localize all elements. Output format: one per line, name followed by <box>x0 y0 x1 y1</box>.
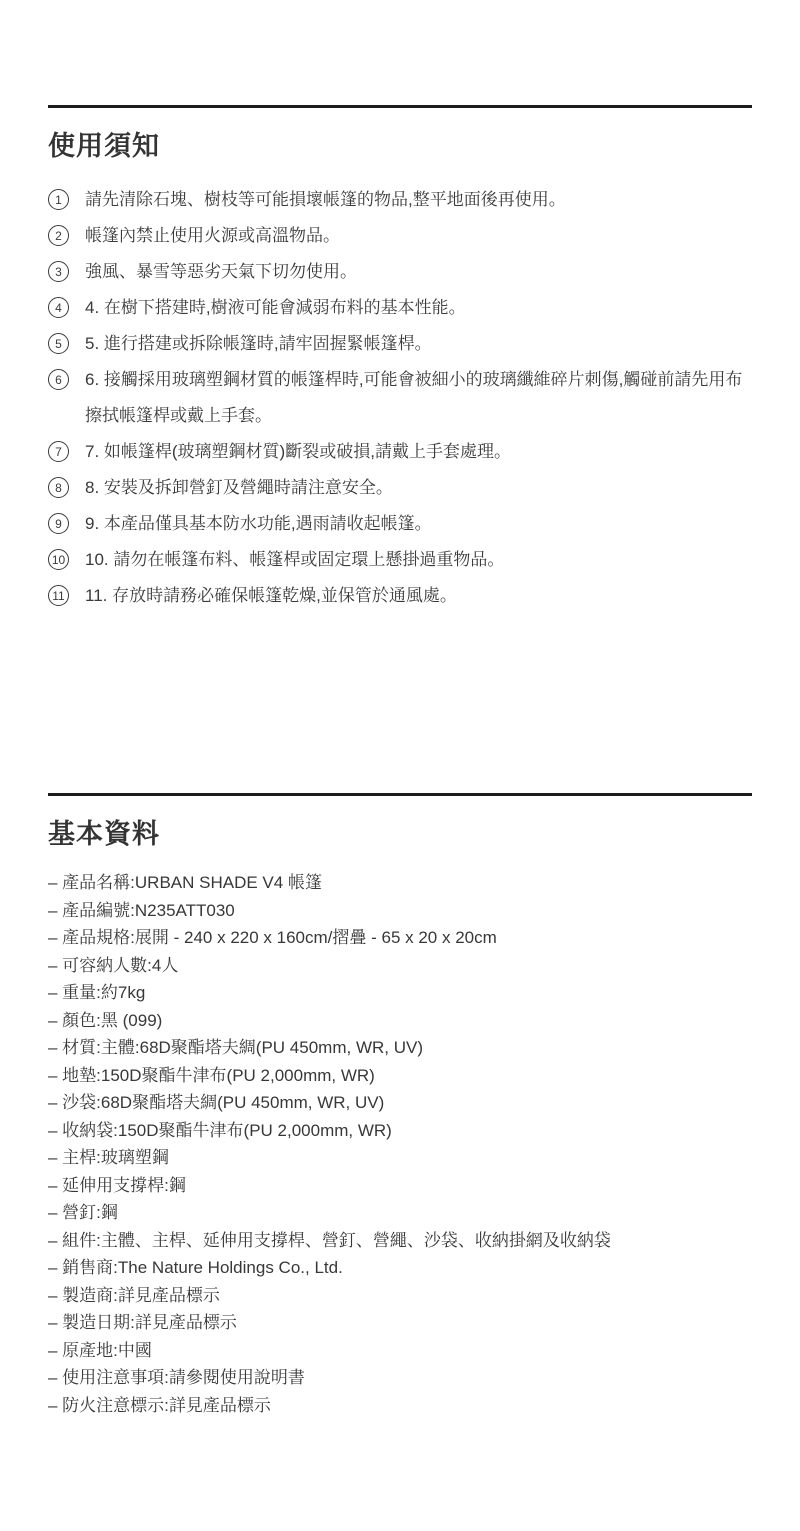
info-item-peg: – 營釘:鋼 <box>48 1199 752 1227</box>
notice-item: 5 5. 進行搭建或拆除帳篷時,請牢固握緊帳篷桿。 <box>48 326 752 362</box>
info-item-product-spec: – 產品規格:展開 - 240 x 220 x 160cm/摺疊 - 65 x … <box>48 924 752 952</box>
circled-number-icon: 1 <box>48 189 69 210</box>
notice-item: 10 10. 請勿在帳篷布料、帳篷桿或固定環上懸掛過重物品。 <box>48 542 752 578</box>
circled-number-icon: 6 <box>48 369 69 390</box>
info-item-usage-caution: – 使用注意事項:請參閱使用說明書 <box>48 1364 752 1392</box>
info-item-sandbag: – 沙袋:68D聚酯塔夫綢(PU 450mm, WR, UV) <box>48 1089 752 1117</box>
info-item-origin: – 原產地:中國 <box>48 1337 752 1365</box>
section-divider <box>48 793 752 796</box>
info-item-support-pole: – 延伸用支撐桿:鋼 <box>48 1172 752 1200</box>
info-item-product-name: – 產品名稱:URBAN SHADE V4 帳篷 <box>48 869 752 897</box>
info-item-ground-mat: – 地墊:150D聚酯牛津布(PU 2,000mm, WR) <box>48 1062 752 1090</box>
info-item-fire-caution: – 防火注意標示:詳見產品標示 <box>48 1392 752 1420</box>
info-item-weight: – 重量:約7kg <box>48 979 752 1007</box>
notice-list: 1 請先清除石塊、樹枝等可能損壞帳篷的物品,整平地面後再使用。 2 帳篷內禁止使… <box>48 182 752 614</box>
notice-item-text: 6. 接觸採用玻璃塑鋼材質的帳篷桿時,可能會被細小的玻璃纖維碎片刺傷,觸碰前請先… <box>85 362 752 434</box>
notice-item-text: 請先清除石塊、樹枝等可能損壞帳篷的物品,整平地面後再使用。 <box>85 182 566 218</box>
circled-number-icon: 2 <box>48 225 69 246</box>
notice-item-text: 8. 安裝及拆卸營釘及營繩時請注意安全。 <box>85 470 393 506</box>
section-divider <box>48 105 752 108</box>
notice-item-text: 11. 存放時請務必確保帳篷乾燥,並保管於通風處。 <box>85 578 457 614</box>
info-item-product-code: – 產品編號:N235ATT030 <box>48 897 752 925</box>
basic-info-section-title: 基本資料 <box>48 818 752 851</box>
circled-number-icon: 4 <box>48 297 69 318</box>
notice-item-text: 強風、暴雪等惡劣天氣下切勿使用。 <box>85 254 357 290</box>
circled-number-icon: 3 <box>48 261 69 282</box>
notice-item: 2 帳篷內禁止使用火源或高溫物品。 <box>48 218 752 254</box>
notice-item-text: 帳篷內禁止使用火源或高溫物品。 <box>85 218 340 254</box>
notice-item-text: 4. 在樹下搭建時,樹液可能會減弱布料的基本性能。 <box>85 290 466 326</box>
notice-item: 1 請先清除石塊、樹枝等可能損壞帳篷的物品,整平地面後再使用。 <box>48 182 752 218</box>
circled-number-icon: 8 <box>48 477 69 498</box>
notice-item-text: 9. 本產品僅具基本防水功能,遇雨請收起帳篷。 <box>85 506 432 542</box>
notice-section-title: 使用須知 <box>48 130 752 163</box>
notice-item: 7 7. 如帳篷桿(玻璃塑鋼材質)斷裂或破損,請戴上手套處理。 <box>48 434 752 470</box>
notice-item-text: 10. 請勿在帳篷布料、帳篷桿或固定環上懸掛過重物品。 <box>85 542 504 578</box>
info-item-components: – 組件:主體、主桿、延伸用支撐桿、營釘、營繩、沙袋、收納掛網及收納袋 <box>48 1227 752 1255</box>
circled-number-icon: 5 <box>48 333 69 354</box>
notice-item-text: 5. 進行搭建或拆除帳篷時,請牢固握緊帳篷桿。 <box>85 326 432 362</box>
info-item-main-pole: – 主桿:玻璃塑鋼 <box>48 1144 752 1172</box>
info-item-seller: – 銷售商:The Nature Holdings Co., Ltd. <box>48 1254 752 1282</box>
circled-number-icon: 11 <box>48 585 69 606</box>
notice-item: 9 9. 本產品僅具基本防水功能,遇雨請收起帳篷。 <box>48 506 752 542</box>
product-detail-page: 使用須知 1 請先清除石塊、樹枝等可能損壞帳篷的物品,整平地面後再使用。 2 帳… <box>0 0 800 1531</box>
circled-number-icon: 7 <box>48 441 69 462</box>
notice-item: 11 11. 存放時請務必確保帳篷乾燥,並保管於通風處。 <box>48 578 752 614</box>
circled-number-icon: 9 <box>48 513 69 534</box>
notice-item: 3 強風、暴雪等惡劣天氣下切勿使用。 <box>48 254 752 290</box>
notice-item: 6 6. 接觸採用玻璃塑鋼材質的帳篷桿時,可能會被細小的玻璃纖維碎片刺傷,觸碰前… <box>48 362 752 434</box>
info-item-manufacture-date: – 製造日期:詳見產品標示 <box>48 1309 752 1337</box>
info-item-manufacturer: – 製造商:詳見產品標示 <box>48 1282 752 1310</box>
circled-number-icon: 10 <box>48 549 69 570</box>
info-item-storage-bag: – 收納袋:150D聚酯牛津布(PU 2,000mm, WR) <box>48 1117 752 1145</box>
notice-item: 8 8. 安裝及拆卸營釘及營繩時請注意安全。 <box>48 470 752 506</box>
info-item-capacity: – 可容納人數:4人 <box>48 952 752 980</box>
notice-item-text: 7. 如帳篷桿(玻璃塑鋼材質)斷裂或破損,請戴上手套處理。 <box>85 434 511 470</box>
basic-info-list: – 產品名稱:URBAN SHADE V4 帳篷 – 產品編號:N235ATT0… <box>48 869 752 1419</box>
info-item-material-body: – 材質:主體:68D聚酯塔夫綢(PU 450mm, WR, UV) <box>48 1034 752 1062</box>
page-content: 使用須知 1 請先清除石塊、樹枝等可能損壞帳篷的物品,整平地面後再使用。 2 帳… <box>0 105 800 1419</box>
info-item-color: – 顏色:黑 (099) <box>48 1007 752 1035</box>
notice-item: 4 4. 在樹下搭建時,樹液可能會減弱布料的基本性能。 <box>48 290 752 326</box>
